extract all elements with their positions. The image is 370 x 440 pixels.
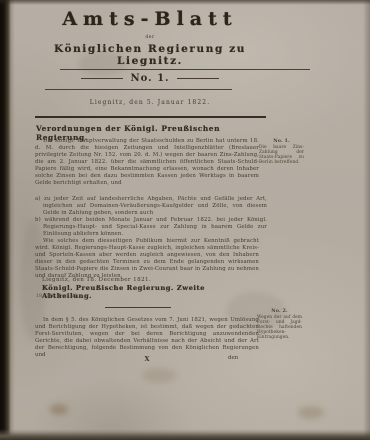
body-list-item-b: b) während der beiden Monate Januar und … — [35, 217, 267, 238]
section-divider-rule — [105, 307, 171, 308]
gazette-title: Amts-Blatt — [35, 8, 265, 30]
masthead-authority: Königlichen Regierung zu Liegnitz. — [35, 43, 265, 67]
margin-note-1-label: No. 1. — [259, 139, 304, 144]
decree-dateline: Liegnitz, den 18. December 1821. — [42, 277, 151, 283]
body-list-item-a: a) zu jeder Zeit auf landesherrliche Abg… — [35, 196, 267, 217]
margin-note-2-text: Wegen der auf dem Forst- und Jagd-Rechte… — [257, 315, 302, 340]
issue-number: No. 1. — [130, 73, 169, 84]
issue-dash-left — [81, 78, 123, 80]
issue-dateline: Liegnitz, den 5. Januar 1822. — [35, 99, 265, 106]
masthead-rule-top — [60, 69, 310, 70]
margin-note-1-text: Die baare Zins-Zahlung der Staats-Papier… — [259, 145, 304, 165]
catchword: den — [228, 355, 238, 361]
margin-note-2: No. 2. Wegen der auf dem Forst- und Jagd… — [257, 309, 302, 340]
masthead-rule-bottom — [45, 89, 232, 90]
sheet-signature-mark: X — [35, 355, 259, 363]
printed-content: Amts-Blatt der Königlichen Regierung zu … — [0, 0, 370, 440]
scan-edge-right — [363, 0, 370, 440]
margin-note-2-label: No. 2. — [257, 309, 302, 314]
issue-dash-right — [177, 78, 219, 80]
masthead-der: der — [35, 35, 265, 40]
scanned-page: Amts-Blatt der Königlichen Regierung zu … — [0, 0, 370, 440]
body-paragraph-3: In dem § 5. des Königlichen Gesetzes vom… — [35, 317, 259, 359]
masthead-heavy-rule — [35, 116, 266, 118]
book-binding-shadow — [0, 0, 15, 440]
scan-edge-bottom — [0, 429, 370, 440]
reference-line: 18. 296. Dec. 21. — [36, 294, 79, 299]
body-paragraph-1: Die Königl. Hauptverwaltung der Staatssc… — [35, 138, 259, 187]
issue-number-row: No. 1. — [35, 73, 265, 84]
body-paragraph-2: Wie solches dem diesseitigen Publikum hi… — [35, 238, 259, 280]
margin-note-1: No. 1. Die baare Zins-Zahlung der Staats… — [259, 139, 304, 165]
scan-edge-top — [0, 0, 370, 5]
